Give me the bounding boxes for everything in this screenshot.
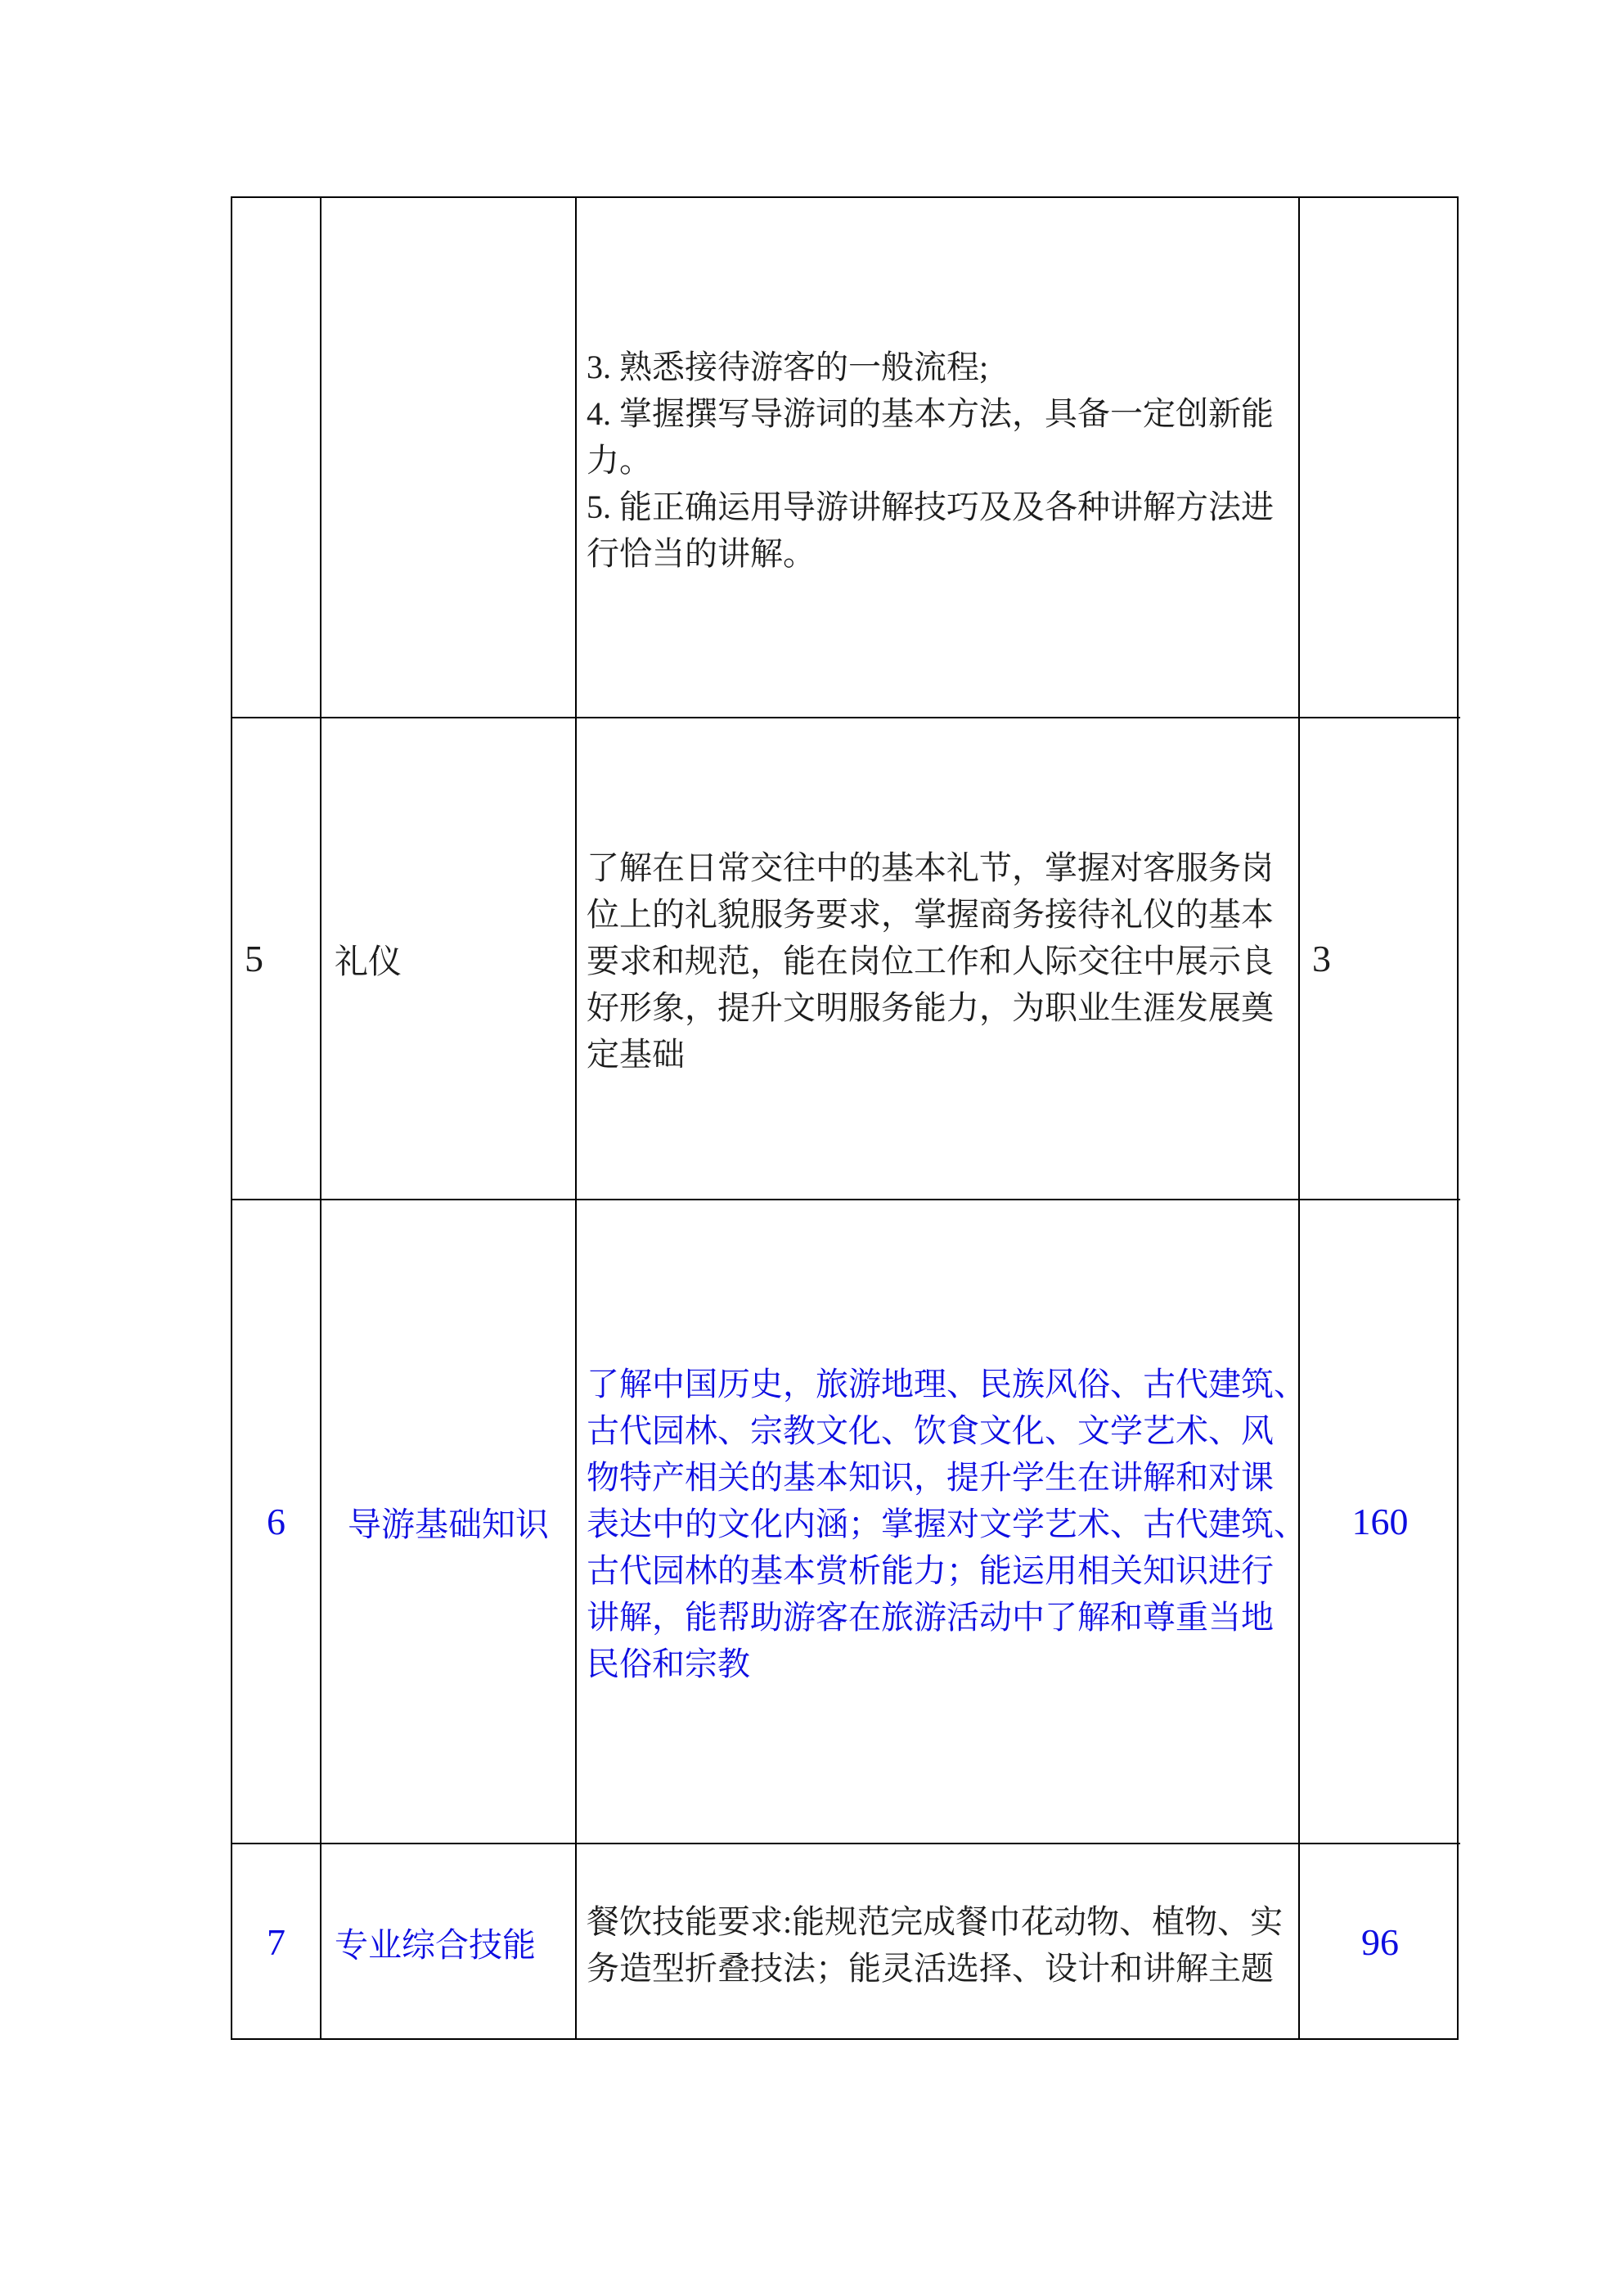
description-line: 民俗和宗教 [587, 1638, 1285, 1685]
row-number: 6 [267, 1500, 285, 1543]
course-table: 3. 熟悉接待游客的一般流程; 4. 掌握撰写导游词的基本方法，具备一定创新能 … [231, 196, 1459, 2040]
description-line: 5. 能正确运用导游讲解技巧及及各种讲解方法进 [587, 481, 1285, 528]
course-name: 专业综合技能 [335, 1918, 536, 1966]
course-name: 礼仪 [335, 934, 402, 983]
cell-course-description: 3. 熟悉接待游客的一般流程; 4. 掌握撰写导游词的基本方法，具备一定创新能 … [577, 198, 1300, 718]
cell-course-hours: 3 [1300, 718, 1460, 1200]
description-line: 物特产相关的基本知识，提升学生在讲解和对课 [587, 1452, 1285, 1498]
description-paragraph: 3. 熟悉接待游客的一般流程; [587, 341, 1285, 388]
description-paragraph: 4. 掌握撰写导游词的基本方法，具备一定创新能 力。 [587, 388, 1285, 481]
description-line: 4. 掌握撰写导游词的基本方法，具备一定创新能 [587, 388, 1285, 434]
description-line: 古代园林、宗教文化、饮食文化、文学艺术、风 [587, 1405, 1285, 1452]
description-line: 讲解，能帮助游客在旅游活动中了解和尊重当地 [587, 1591, 1285, 1638]
cell-row-number: 6 [232, 1200, 321, 1844]
cell-course-hours: 96 [1300, 1844, 1460, 2040]
description-line: 力。 [587, 434, 1285, 481]
document-page: 3. 熟悉接待游客的一般流程; 4. 掌握撰写导游词的基本方法，具备一定创新能 … [0, 0, 1623, 2296]
cell-row-number [232, 198, 321, 718]
course-hours: 3 [1312, 937, 1331, 980]
cell-course-name: 专业综合技能 [321, 1844, 577, 2040]
description-line: 了解在日常交往中的基本礼节，掌握对客服务岗 [587, 842, 1285, 889]
description-line: 了解中国历史，旅游地理、民族风俗、古代建筑、 [587, 1358, 1285, 1405]
row-number: 5 [245, 937, 263, 980]
cell-row-number: 5 [232, 718, 321, 1200]
cell-course-hours [1300, 198, 1460, 718]
description-line: 餐饮技能要求:能规范完成餐巾花动物、植物、实 [587, 1896, 1285, 1943]
cell-course-name: 礼仪 [321, 718, 577, 1200]
cell-course-description: 了解中国历史，旅游地理、民族风俗、古代建筑、 古代园林、宗教文化、饮食文化、文学… [577, 1200, 1300, 1844]
description-line: 要求和规范，能在岗位工作和人际交往中展示良 [587, 935, 1285, 982]
description-line: 表达中的文化内涵；掌握对文学艺术、古代建筑、 [587, 1498, 1285, 1545]
course-hours: 160 [1352, 1500, 1409, 1543]
cell-course-description: 餐饮技能要求:能规范完成餐巾花动物、植物、实 务造型折叠技法；能灵活选择、设计和… [577, 1844, 1300, 2040]
description-paragraph: 5. 能正确运用导游讲解技巧及及各种讲解方法进 行恰当的讲解。 [587, 481, 1285, 574]
cell-course-hours: 160 [1300, 1200, 1460, 1844]
cell-course-name [321, 198, 577, 718]
cell-course-description: 了解在日常交往中的基本礼节，掌握对客服务岗 位上的礼貌服务要求，掌握商务接待礼仪… [577, 718, 1300, 1200]
row-number: 7 [267, 1920, 285, 1964]
description-line: 3. 熟悉接待游客的一般流程; [587, 341, 1285, 388]
description-line: 古代园林的基本赏析能力；能运用相关知识进行 [587, 1545, 1285, 1591]
description-line: 行恰当的讲解。 [587, 528, 1285, 574]
course-hours: 96 [1361, 1920, 1399, 1964]
description-line: 务造型折叠技法；能灵活选择、设计和讲解主题 [587, 1943, 1285, 1989]
cell-row-number: 7 [232, 1844, 321, 2040]
description-line: 定基础 [587, 1029, 1285, 1075]
description-line: 好形象，提升文明服务能力，为职业生涯发展奠 [587, 982, 1285, 1029]
course-name: 导游基础知识 [348, 1497, 549, 1546]
cell-course-name: 导游基础知识 [321, 1200, 577, 1844]
description-line: 位上的礼貌服务要求，掌握商务接待礼仪的基本 [587, 889, 1285, 935]
